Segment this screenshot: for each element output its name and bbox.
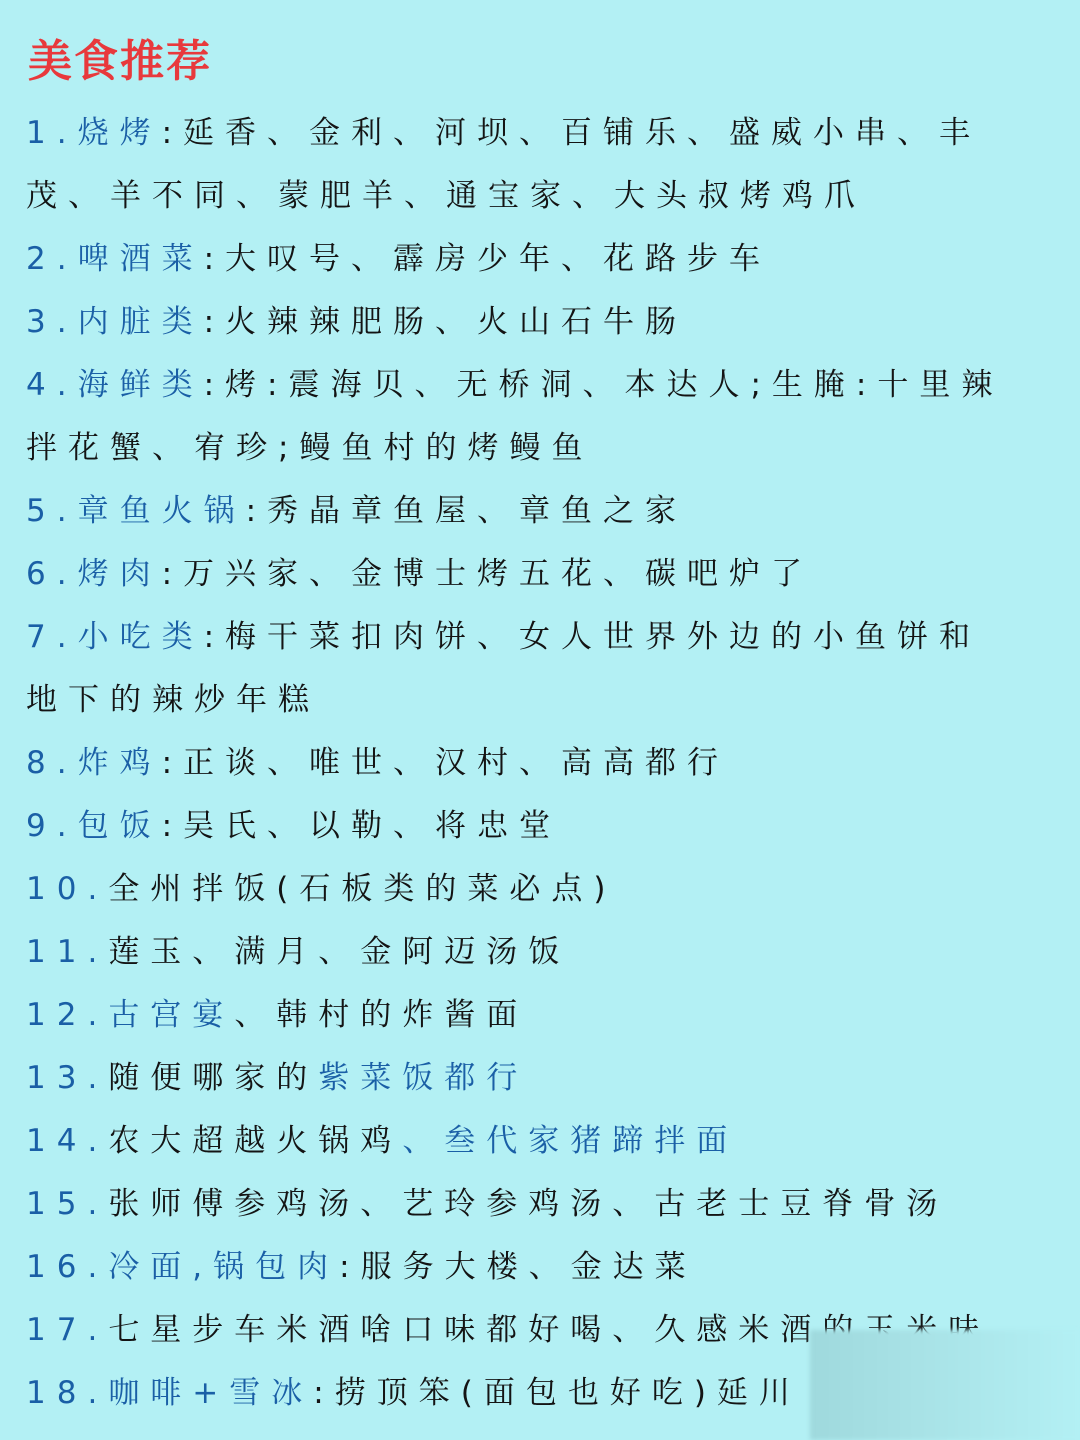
item-text: 、韩村的炸酱面 [234,997,528,1033]
item-text: 莲玉、满月、金阿迈汤饭 [108,934,570,970]
list-line: 2.啤酒菜:大叹号、霹房少年、花路步车 [26,228,1056,291]
item-text: 拌花蟹、宥珍;鳗鱼村的烤鳗鱼 [26,430,593,466]
item-text: 全州拌饭(石板类的菜必点) [108,871,616,907]
category-label: 啤酒菜 [78,241,204,277]
category-label: 烧烤 [78,115,162,151]
item-text: 随便哪家的 [108,1060,318,1096]
item-text: :秀晶章鱼屋、章鱼之家 [246,493,687,529]
item-number: 4. [26,367,78,403]
list-line: 14.农大超越火锅鸡、叁代家猪蹄拌面 [26,1110,1056,1173]
blurred-overlay [810,1330,1080,1440]
item-number: 11. [26,934,108,970]
item-text: :大叹号、霹房少年、花路步车 [204,241,771,277]
item-number: 7. [26,619,78,655]
list-line: 6.烤肉:万兴家、金博士烤五花、碳吧炉了 [26,543,1056,606]
category-label: 小吃类 [78,619,204,655]
item-number: 13. [26,1060,108,1096]
list-line: 茂、羊不同、蒙肥羊、通宝家、大头叔烤鸡爪 [26,165,1056,228]
list-line: 9.包饭:吴氏、以勒、将忠堂 [26,795,1056,858]
category-label: 章鱼火锅 [78,493,246,529]
item-text: :梅干菜扣肉饼、女人世界外边的小鱼饼和 [204,619,981,655]
item-number: 3. [26,304,78,340]
item-text: :万兴家、金博士烤五花、碳吧炉了 [162,556,813,592]
list-line: 地下的辣炒年糕 [26,669,1056,732]
item-number: 15. [26,1186,108,1222]
item-number: 1. [26,115,78,151]
item-text: :吴氏、以勒、将忠堂 [162,808,561,844]
item-text: :服务大楼、金达菜 [339,1249,696,1285]
item-number: 2. [26,241,78,277]
list-line: 13.随便哪家的紫菜饭都行 [26,1047,1056,1110]
list-line: 4.海鲜类:烤:震海贝、无桥洞、本达人;生腌:十里辣 [26,354,1056,417]
list-line: 7.小吃类:梅干菜扣肉饼、女人世界外边的小鱼饼和 [26,606,1056,669]
category-label: 古宫宴 [108,997,234,1033]
item-text: 茂、羊不同、蒙肥羊、通宝家、大头叔烤鸡爪 [26,178,866,214]
item-text: :延香、金利、河坝、百铺乐、盛威小串、丰 [162,115,981,151]
item-text: :火辣辣肥肠、火山石牛肠 [204,304,687,340]
item-number: 17. [26,1312,108,1348]
list-line: 5.章鱼火锅:秀晶章鱼屋、章鱼之家 [26,480,1056,543]
item-number: 5. [26,493,78,529]
list-line: 8.炸鸡:正谈、唯世、汉村、高高都行 [26,732,1056,795]
list-line: 1.烧烤:延香、金利、河坝、百铺乐、盛威小串、丰 [26,102,1056,165]
list-line: 10.全州拌饭(石板类的菜必点) [26,858,1056,921]
category-label: 海鲜类 [78,367,204,403]
item-number: 6. [26,556,78,592]
page-title: 美食推荐 [28,34,212,90]
item-number: 9. [26,808,78,844]
list-line: 11.莲玉、满月、金阿迈汤饭 [26,921,1056,984]
item-number: 14. [26,1123,108,1159]
item-number: 8. [26,745,78,781]
list-line: 16.冷面,锅包肉:服务大楼、金达菜 [26,1236,1056,1299]
recommendation-list: 1.烧烤:延香、金利、河坝、百铺乐、盛威小串、丰 茂、羊不同、蒙肥羊、通宝家、大… [26,102,1056,1425]
category-label: 包饭 [78,808,162,844]
category-label: 烤肉 [78,556,162,592]
list-line: 3.内脏类:火辣辣肥肠、火山石牛肠 [26,291,1056,354]
category-label: 冷面,锅包肉 [108,1249,339,1285]
highlight-text: 紫菜饭都行 [318,1060,528,1096]
item-text: :捞顶笨(面包也好吃)延川 [313,1375,801,1411]
item-number: 18. [26,1375,108,1411]
list-line: 12.古宫宴、韩村的炸酱面 [26,984,1056,1047]
list-line: 15.张师傅参鸡汤、艺玲参鸡汤、古老士豆脊骨汤 [26,1173,1056,1236]
item-number: 16. [26,1249,108,1285]
item-text: 地下的辣炒年糕 [26,682,320,718]
category-label: 炸鸡 [78,745,162,781]
item-text: 农大超越火锅鸡 [108,1123,402,1159]
highlight-text: 、叁代家猪蹄拌面 [402,1123,738,1159]
item-number: 12. [26,997,108,1033]
item-text: :正谈、唯世、汉村、高高都行 [162,745,729,781]
item-number: 10. [26,871,108,907]
category-label: 咖啡+雪冰 [108,1375,313,1411]
category-label: 内脏类 [78,304,204,340]
list-line: 拌花蟹、宥珍;鳗鱼村的烤鳗鱼 [26,417,1056,480]
item-text: 张师傅参鸡汤、艺玲参鸡汤、古老士豆脊骨汤 [108,1186,948,1222]
item-text: :烤:震海贝、无桥洞、本达人;生腌:十里辣 [204,367,1004,403]
